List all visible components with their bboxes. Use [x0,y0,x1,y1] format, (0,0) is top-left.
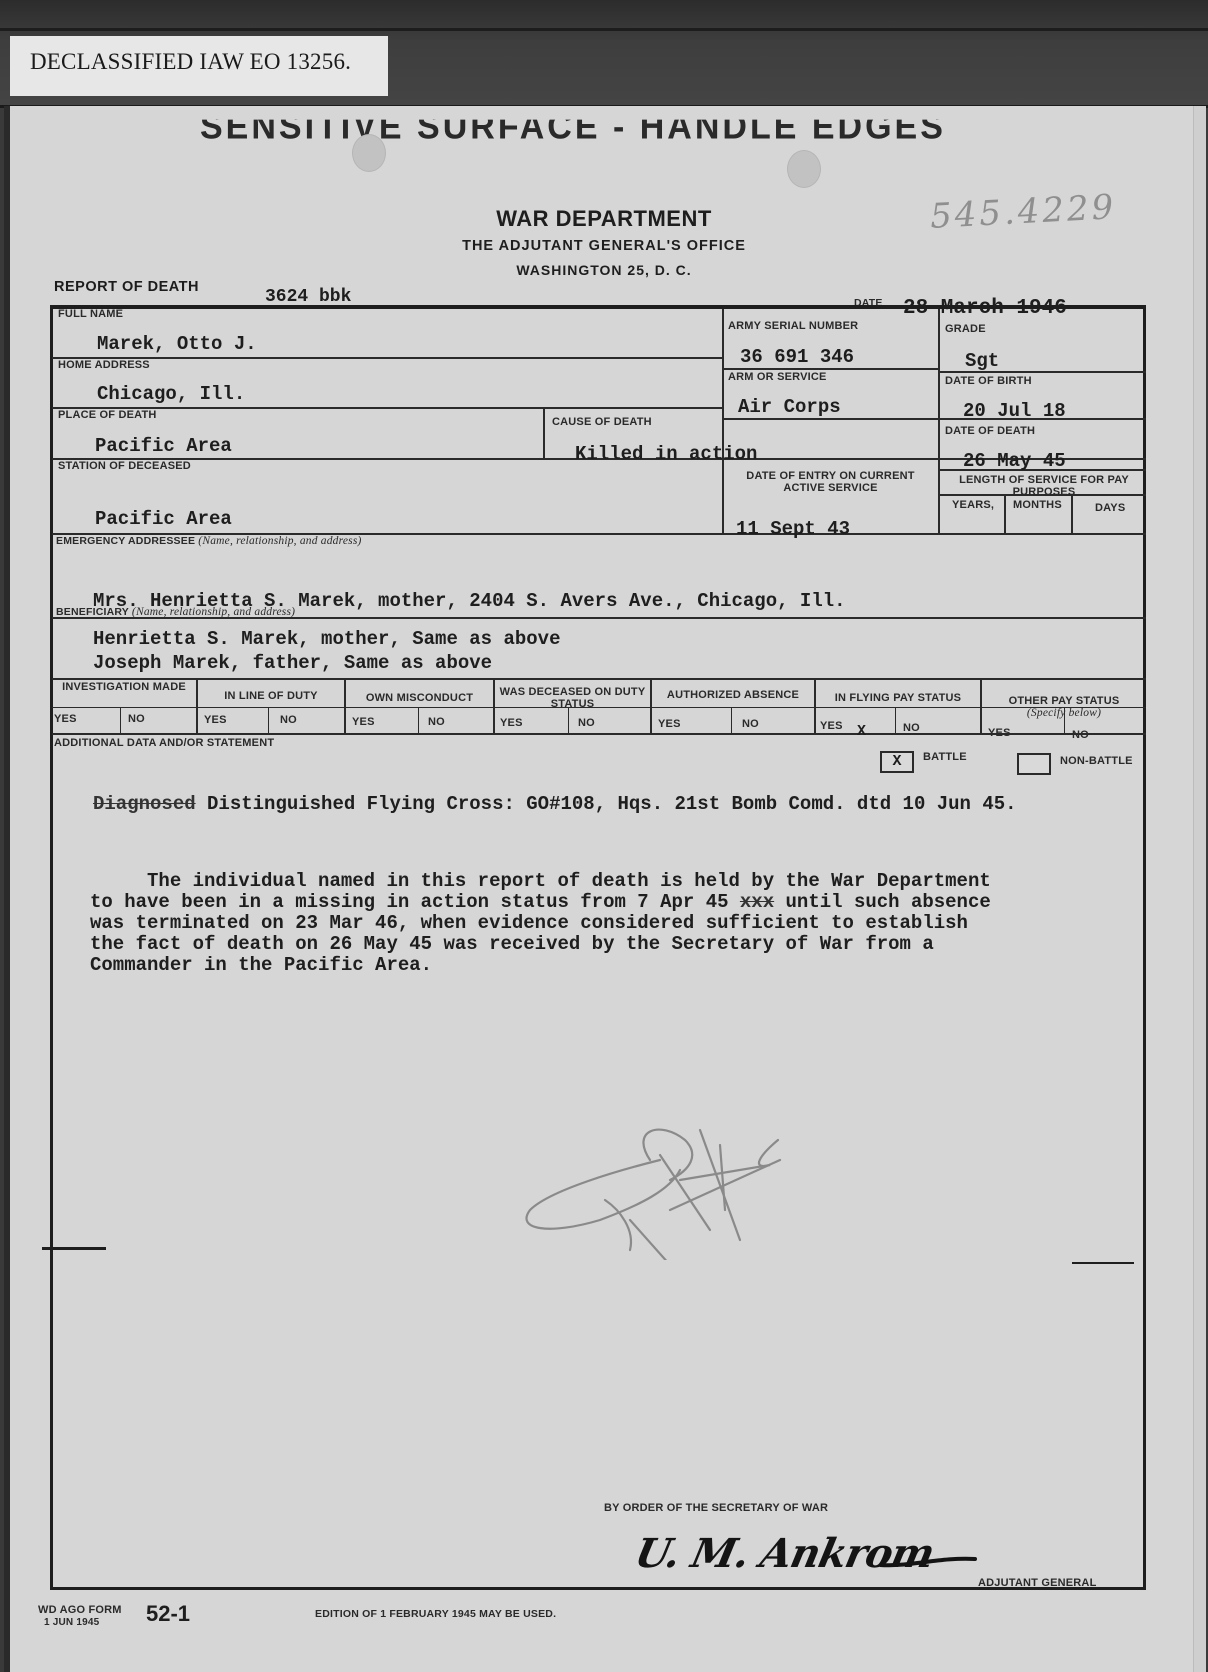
punch-hole-right [787,150,821,188]
authorized-absence-header: AUTHORIZED ABSENCE [652,689,814,701]
own-misconduct-header: OWN MISCONDUCT [346,692,493,704]
rule [722,309,724,533]
cause-of-death-value: Killed in action [575,443,757,465]
non-battle-checkbox[interactable] [1017,753,1051,775]
investigation-made-header: INVESTIGATION MADE [52,681,196,693]
rule [814,678,816,733]
line-of-duty-no[interactable]: NO [280,714,297,726]
rule [120,707,121,733]
on-duty-yes[interactable]: YES [500,717,523,729]
statement-line-4: the fact of death on 26 May 45 was recei… [90,934,934,955]
arm-or-service-label: ARM OR SERVICE [728,371,827,383]
grade-label: GRADE [945,323,986,335]
non-battle-label: NON-BATTLE [1060,755,1133,767]
form-date: 1 JUN 1945 [44,1617,99,1629]
adjutant-general-title: ADJUTANT GENERAL [978,1577,1097,1589]
misconduct-yes[interactable]: YES [352,716,375,728]
date-of-entry-value: 11 Sept 43 [736,518,850,540]
form-label: WD AGO FORM [38,1604,122,1616]
investigation-no[interactable]: NO [128,713,145,725]
award-line: Diagnosed Distinguished Flying Cross: GO… [93,794,1017,815]
line-of-duty-yes[interactable]: YES [204,714,227,726]
edition-note: EDITION OF 1 FEBRUARY 1945 MAY BE USED. [315,1608,556,1620]
beneficiary-hint: (Name, relationship, and address) [132,606,295,618]
date-of-death-label: DATE OF DEATH [945,425,1035,437]
other-pay-no[interactable]: NO [1072,729,1089,741]
on-duty-status-header: WAS DECEASED ON DUTY STATUS [495,686,650,710]
flying-pay-yes-mark: X [857,723,866,740]
beneficiary-label-text: BENEFICIARY [56,606,129,618]
department-title: WAR DEPARTMENT [0,206,1208,232]
emergency-addressee-hint: (Name, relationship, and address) [198,535,361,547]
arm-or-service-value: Air Corps [738,396,841,418]
rule [196,678,198,733]
date-of-birth-label: DATE OF BIRTH [945,375,1032,387]
statement-line-1: The individual named in this report of d… [90,871,991,892]
rule [52,357,722,359]
page-edge [1193,106,1206,1672]
beneficiary-line-1: Henrietta S. Marek, mother, Same as abov… [93,628,560,650]
other-pay-header: OTHER PAY STATUS (Specify below) [982,695,1146,719]
investigation-yes[interactable]: YES [54,713,77,725]
emergency-addressee-label: EMERGENCY ADDRESSEE (Name, relationship,… [56,535,362,547]
pencil-scribble-icon [510,1060,800,1260]
rule [895,707,896,733]
rule [344,678,346,733]
cause-of-death-label: CAUSE OF DEATH [552,416,652,428]
fold-mark-left [42,1247,106,1250]
rule [731,707,732,733]
authorized-absence-yes[interactable]: YES [658,718,681,730]
rule [938,309,940,533]
rule [52,733,1146,735]
signature-flourish-icon [880,1553,980,1573]
length-of-service-label: LENGTH OF SERVICE FOR PAY PURPOSES [948,474,1140,498]
station-label: STATION OF DECEASED [58,460,191,472]
battle-label: BATTLE [923,751,967,763]
award-text: Distinguished Flying Cross: GO#108, Hqs.… [207,793,1017,815]
rule [1004,494,1006,533]
date-of-birth-value: 20 Jul 18 [963,400,1066,422]
rule [722,368,938,370]
full-name-value: Marek, Otto J. [97,333,257,355]
by-order-label: BY ORDER OF THE SECRETARY OF WAR [604,1502,828,1514]
line-of-duty-header: IN LINE OF DUTY [198,690,344,702]
office-address: WASHINGTON 25, D. C. [0,262,1208,278]
rule [650,678,652,733]
statement-struck-text: xxx [740,891,774,913]
flying-pay-yes[interactable]: YES [820,720,843,732]
serial-number-label: ARMY SERIAL NUMBER [728,320,858,332]
home-address-value: Chicago, Ill. [97,383,245,405]
other-pay-header-text: OTHER PAY STATUS [1009,695,1120,707]
years-column: YEARS, [952,499,994,511]
statement-line-3: was terminated on 23 Mar 46, when eviden… [90,913,968,934]
date-of-entry-label: DATE OF ENTRY ON CURRENT ACTIVE SERVICE [728,470,933,494]
statement-line-2: to have been in a missing in action stat… [90,892,991,913]
punch-hole-left [352,134,386,172]
declassified-label: DECLASSIFIED IAW EO 13256. [10,36,388,96]
date-of-death-value: 26 May 45 [963,450,1066,472]
emergency-addressee-label-text: EMERGENCY ADDRESSEE [56,535,195,547]
serial-number-value: 36 691 346 [740,346,854,368]
form-number: 52-1 [146,1601,190,1627]
award-struck-word: Diagnosed [93,793,196,815]
full-name-label: FULL NAME [58,308,123,320]
rule [1071,494,1073,533]
report-number: 3624 bbk [265,287,351,307]
rule [268,707,269,733]
rule [418,707,419,733]
grade-value: Sgt [965,350,999,372]
station-value: Pacific Area [95,508,232,530]
flying-pay-header: IN FLYING PAY STATUS [816,692,980,704]
other-pay-yes[interactable]: YES [988,727,1011,739]
flying-pay-no[interactable]: NO [903,722,920,734]
report-of-death-label: REPORT OF DEATH [54,279,199,295]
place-of-death-label: PLACE OF DEATH [58,409,157,421]
home-address-label: HOME ADDRESS [58,359,150,371]
misconduct-no[interactable]: NO [428,716,445,728]
fold-mark-right [1072,1262,1134,1264]
place-of-death-value: Pacific Area [95,435,232,457]
statement-line-5: Commander in the Pacific Area. [90,955,432,976]
authorized-absence-no[interactable]: NO [742,718,759,730]
rule [568,707,569,733]
office-subtitle: THE ADJUTANT GENERAL'S OFFICE [0,238,1208,254]
other-pay-sublabel: (Specify below) [1027,707,1101,719]
rule [543,407,545,458]
battle-checkbox[interactable]: X [880,751,914,773]
rule [722,418,1146,420]
statement-line-2-tail: until such absence [774,891,991,913]
additional-data-label: ADDITIONAL DATA AND/OR STATEMENT [54,737,274,749]
months-column: MONTHS [1013,499,1062,511]
beneficiary-line-2: Joseph Marek, father, Same as above [93,652,492,674]
days-column: DAYS [1095,502,1125,514]
on-duty-no[interactable]: NO [578,717,595,729]
statement-line-2-text: to have been in a missing in action stat… [90,891,740,913]
beneficiary-label: BENEFICIARY (Name, relationship, and add… [56,606,295,618]
